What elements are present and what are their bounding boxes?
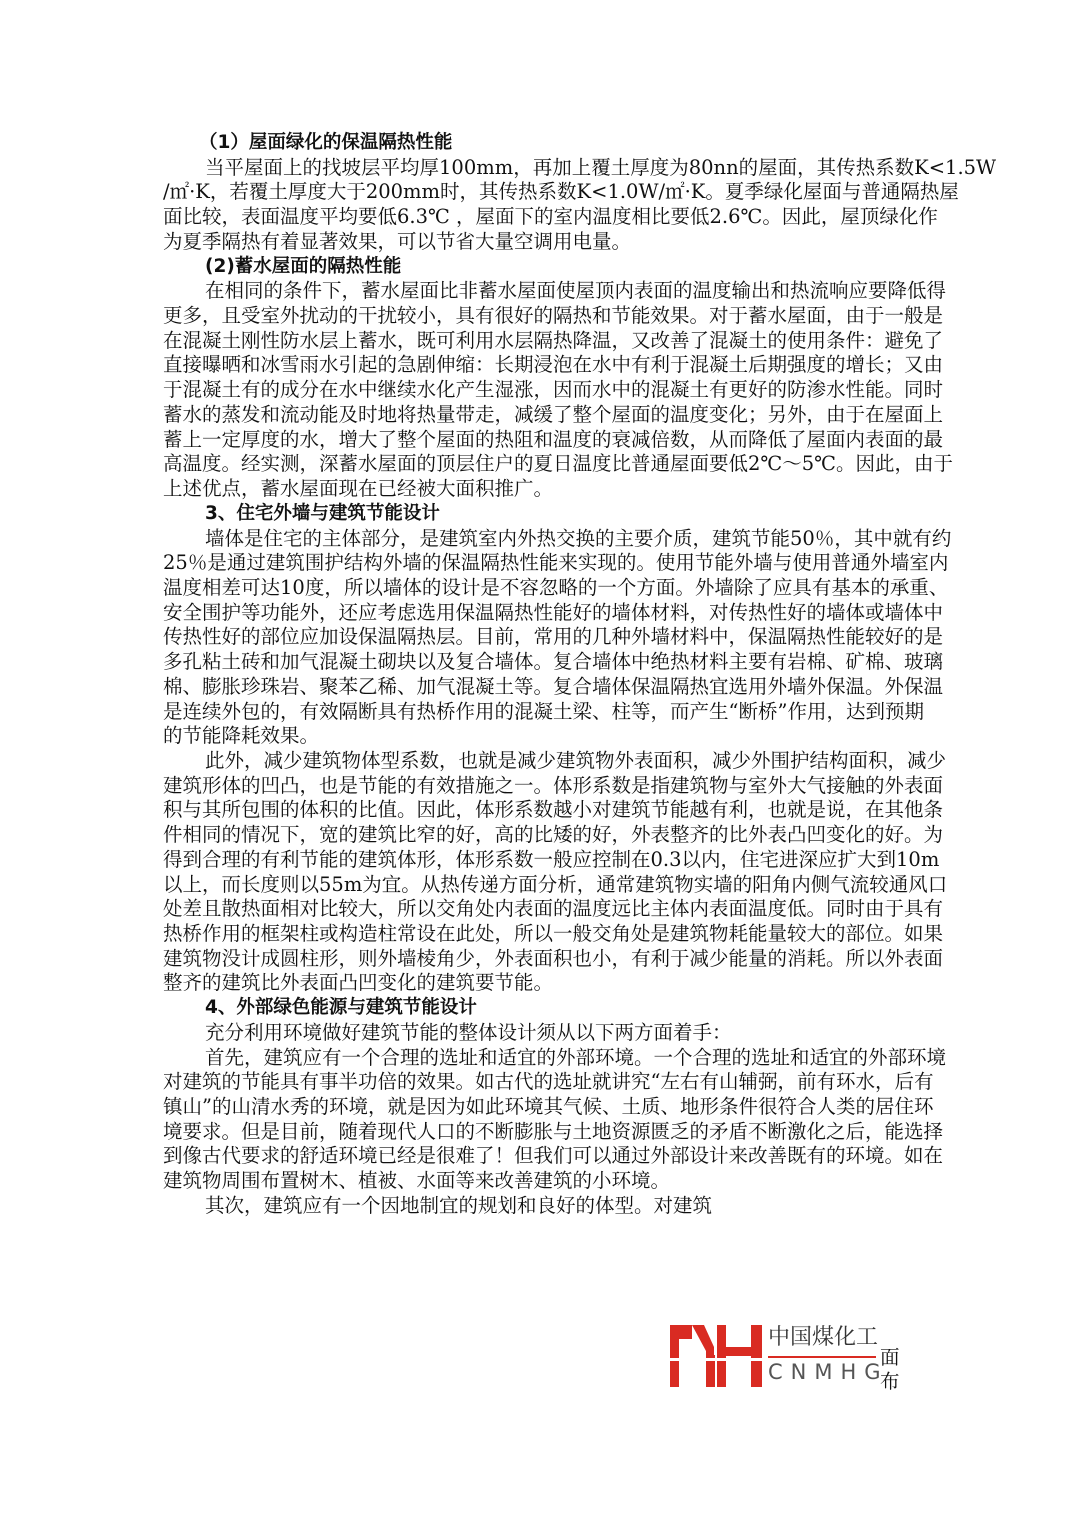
watermark-divider [768,1356,876,1358]
document-body: （1）屋面绿化的保温隔热性能当平屋面上的找坡层平均厚100mm，再加上覆土厚度为… [163,131,909,1219]
paragraph-line: 更多，且受室外扰动的干扰较小，具有很好的隔热和节能效果。对于蓄水屋面，由于一般是 [163,304,909,329]
paragraph-line: 为夏季隔热有着显著效果，可以节省大量空调用电量。 [163,230,909,255]
paragraph-line: 25％是通过建筑围护结构外墙的保温隔热性能来实现的。使用节能外墙与使用普通外墙室… [163,551,909,576]
paragraph-line: 在混凝土刚性防水层上蓄水，既可利用水层隔热降温，又改善了混凝土的使用条件：避免了 [163,329,909,354]
paragraph-line: 于混凝土有的成分在水中继续水化产生湿涨，因而水中的混凝土有更好的防渗水性能。同时 [163,378,909,403]
paragraph-line: 高温度。经实测，深蓄水屋面的顶层住户的夏日温度比普通屋面要低2℃～5℃。因此，由… [163,452,909,477]
paragraph-line: 热桥作用的框架柱或构造柱常设在此处，所以一般交角处是建筑物耗能量较大的部位。如果 [163,922,909,947]
paragraph-line: 直接曝晒和冰雪雨水引起的急剧伸缩：长期浸泡在水中有利于混凝土后期强度的增长；又由 [163,353,909,378]
paragraph-line: 蓄上一定厚度的水，增大了整个屋面的热阻和温度的衰减倍数，从而降低了屋面内表面的最 [163,428,909,453]
paragraph-line: 当平屋面上的找坡层平均厚100mm，再加上覆土厚度为80nn的屋面，其传热系数K… [163,156,909,181]
section-heading: 3、住宅外墙与建筑节能设计 [163,502,909,527]
paragraph-line: 面比较，表面温度平均要低6.3℃ ，屋面下的室内温度相比要低2.6℃。因此，屋顶… [163,205,909,230]
paragraph-line: 的节能降耗效果。 [163,724,909,749]
paragraph-line: 积与其所包围的体积的比值。因此，体形系数越小对建筑节能越有利，也就是说，在其他条 [163,798,909,823]
watermark-logo: 中国煤化工 CNMHG 面布 [668,1322,918,1388]
paragraph-line: 蓄水的蒸发和流动能及时地将热量带走，减缓了整个屋面的温度变化；另外，由于在屋面上 [163,403,909,428]
paragraph-line: 得到合理的有利节能的建筑体形，体形系数一般应控制在0.3以内，住宅进深应扩大到1… [163,848,909,873]
section-heading: 4、外部绿色能源与建筑节能设计 [163,996,909,1021]
paragraph-line: 对建筑的节能具有事半功倍的效果。如古代的选址就讲究“左右有山辅弼，前有环水，后有 [163,1070,909,1095]
paragraph-line: 件相同的情况下，宽的建筑比窄的好，高的比矮的好，外表整齐的比外表凸凹变化的好。为 [163,823,909,848]
paragraph-line: 建筑物周围布置树木、植被、水面等来改善建筑的小环境。 [163,1169,909,1194]
watermark-name-en: CNMHG [768,1359,889,1385]
paragraph-line: 充分利用环境做好建筑节能的整体设计须从以下两方面着手： [163,1021,909,1046]
paragraph-line: 以上，而长度则以55m为宜。从热传递方面分析，通常建筑物实墙的阳角内侧气流较通风… [163,873,909,898]
paragraph-line: 在相同的条件下，蓄水屋面比非蓄水屋面使屋顶内表面的温度输出和热流响应要降低得 [163,279,909,304]
paragraph-line: 首先，建筑应有一个合理的选址和适宜的外部环境。一个合理的选址和适宜的外部环境 [163,1046,909,1071]
paragraph-line: 多孔粘土砖和加气混凝土砌块以及复合墙体。复合墙体中绝热材料主要有岩棉、矿棉、玻璃 [163,650,909,675]
section-heading: （1）屋面绿化的保温隔热性能 [163,131,909,156]
paragraph-line: 是连续外包的，有效隔断具有热桥作用的混凝土梁、柱等，而产生“断桥”作用，达到预期 [163,700,909,725]
text-fragment-behind-logo: 面布 [880,1346,918,1394]
paragraph-line: 墙体是住宅的主体部分，是建筑室内外热交换的主要介质，建筑节能50％，其中就有约 [163,527,909,552]
section-heading: (2)蓄水屋面的隔热性能 [163,255,909,280]
paragraph-line: 建筑物没计成圆柱形，则外墙棱角少，外表面积也小，有利于减少能量的消耗。所以外表面 [163,947,909,972]
paragraph-line: 棉、膨胀珍珠岩、聚苯乙稀、加气混凝土等。复合墙体保温隔热宜选用外墙外保温。外保温 [163,675,909,700]
paragraph-line: 镇山”的山清水秀的环境，就是因为如此环境其气候、土质、地形条件很符合人类的居住环 [163,1095,909,1120]
paragraph-line: 温度相差可达10度，所以墙体的设计是不容忽略的一个方面。外墙除了应具有基本的承重… [163,576,909,601]
paragraph-line: 传热性好的部位应加设保温隔热层。目前，常用的几种外墙材料中，保温隔热性能较好的是 [163,625,909,650]
paragraph-line: 处差且散热面相对比较大，所以交角处内表面的温度远比主体内表面温度低。同时由于具有 [163,897,909,922]
paragraph-line: 到像古代要求的舒适环境已经是很难了！但我们可以通过外部设计来改善既有的环境。如在 [163,1144,909,1169]
paragraph-line: /㎡·K，若覆土厚度大于200mm时，其传热系数K<1.0W/㎡·K。夏季绿化屋… [163,180,909,205]
paragraph-line: 建筑形体的凹凸，也是节能的有效措施之一。体形系数是指建筑物与室外大气接触的外表面 [163,774,909,799]
paragraph-line: 整齐的建筑比外表面凸凹变化的建筑要节能。 [163,971,909,996]
paragraph-line: 此外，减少建筑物体型系数，也就是减少建筑物外表面积，减少外围护结构面积，减少 [163,749,909,774]
document-page: （1）屋面绿化的保温隔热性能当平屋面上的找坡层平均厚100mm，再加上覆土厚度为… [0,0,1072,1516]
watermark-name-cn: 中国煤化工 [768,1324,878,1352]
paragraph-line: 安全围护等功能外，还应考虑选用保温隔热性能好的墙体材料，对传热性好的墙体或墙体中 [163,601,909,626]
paragraph-line: 上述优点，蓄水屋面现在已经被大面积推广。 [163,477,909,502]
paragraph-line: 境要求。但是目前，随着现代人口的不断膨胀与土地资源匮乏的矛盾不断激化之后，能选择 [163,1120,909,1145]
paragraph-line: 其次，建筑应有一个因地制宜的规划和良好的体型。对建筑 [163,1194,909,1219]
mh-logo-icon [670,1325,762,1391]
